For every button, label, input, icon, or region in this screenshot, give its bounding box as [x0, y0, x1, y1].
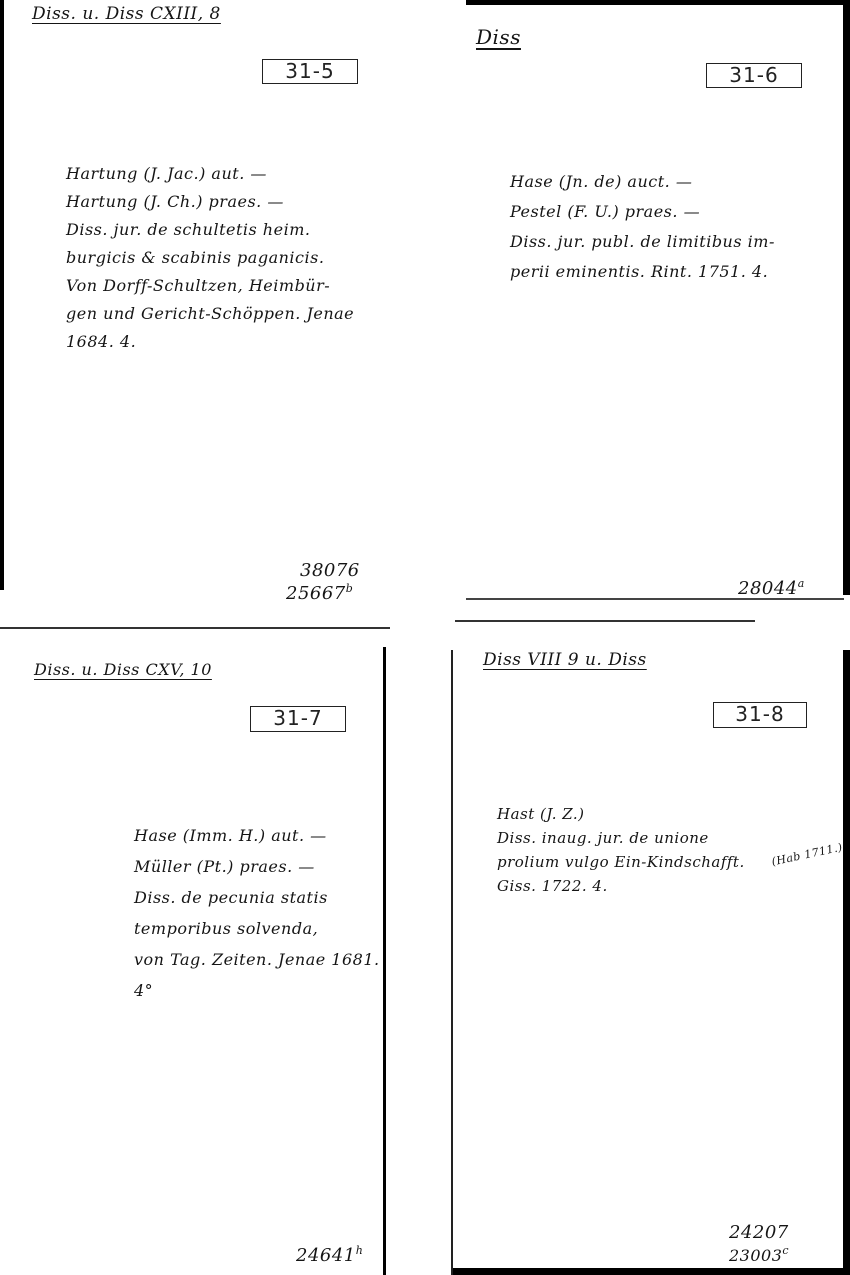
accession-numbers: 24641h — [296, 1242, 363, 1265]
scan-edge-bottom-right — [843, 650, 850, 1275]
catalog-card-31-6: Diss 31-6 Hase (Jn. de) auct. — Pestel (… — [466, 5, 843, 598]
imprint-line: 1684. 4. — [66, 328, 354, 356]
title-line: gen und Gericht-Schöppen. Jenae — [66, 300, 354, 328]
card-divider-bottom-left — [383, 647, 386, 1275]
title-line: Diss. de pecunia statis — [134, 882, 380, 913]
praeses-line: Hartung (J. Ch.) praes. — — [66, 188, 354, 216]
margin-note: (Hab 1711.) — [770, 841, 843, 869]
title-line: von Tag. Zeiten. Jenae 1681. — [134, 944, 380, 975]
accession-number: 24207 — [729, 1224, 789, 1242]
call-number-box: 31-5 — [262, 59, 358, 84]
catalog-card-31-7: Diss. u. Diss CXV, 10 31-7 Hase (Imm. H.… — [0, 630, 383, 1275]
format-line: 4° — [134, 975, 380, 1006]
shelfmark: Diss. u. Diss CXV, 10 — [34, 660, 212, 679]
author-line: Hast (J. Z.) — [497, 802, 745, 826]
accession-numbers: 24207 23003c — [729, 1224, 789, 1265]
author-line: Hase (Jn. de) auct. — — [510, 167, 775, 197]
call-number-box: 31-8 — [713, 702, 807, 728]
accession-numbers: 28044a — [738, 575, 805, 598]
title-line: Diss. jur. publ. de limitibus im- — [510, 227, 775, 257]
author-line: Hase (Imm. H.) aut. — — [134, 820, 380, 851]
accession-suffix: h — [356, 1244, 364, 1257]
shelfmark: Diss. u. Diss CXIII, 8 — [32, 4, 221, 24]
shelfmark: Diss — [476, 25, 521, 49]
praeses-line: Pestel (F. U.) praes. — — [510, 197, 775, 227]
title-line: burgicis & scabinis paganicis. — [66, 244, 354, 272]
accession-numbers: 38076 25667b — [286, 562, 360, 603]
scan-edge-right — [843, 0, 850, 595]
title-line: Von Dorff-Schultzen, Heimbür- — [66, 272, 354, 300]
catalog-entry: Hartung (J. Jac.) aut. — Hartung (J. Ch.… — [66, 160, 354, 356]
catalog-entry: Hase (Jn. de) auct. — Pestel (F. U.) pra… — [510, 167, 775, 287]
catalog-card-31-5: Diss. u. Diss CXIII, 8 31-5 Hartung (J. … — [4, 0, 424, 620]
shelfmark: Diss VIII 9 u. Diss — [483, 650, 647, 670]
catalog-entry: Hast (J. Z.) Diss. inaug. jur. de unione… — [497, 802, 745, 898]
title-line: Diss. jur. de schultetis heim. — [66, 216, 354, 244]
title-line: Diss. inaug. jur. de unione — [497, 826, 745, 850]
accession-number: 38076 — [286, 562, 360, 580]
accession-number: 25667 — [286, 583, 346, 604]
accession-suffix: a — [798, 577, 805, 590]
accession-suffix: b — [346, 582, 354, 595]
accession-number: 23003 — [729, 1246, 782, 1265]
scan-edge-mid-right — [455, 620, 755, 622]
catalog-card-31-8: Diss VIII 9 u. Diss 31-8 Hast (J. Z.) Di… — [453, 640, 843, 1268]
accession-number: 24641 — [296, 1245, 356, 1266]
accession-suffix: c — [782, 1244, 789, 1257]
accession-number: 28044 — [738, 578, 798, 599]
call-number-box: 31-6 — [706, 63, 802, 88]
scan-edge-bottom — [453, 1268, 850, 1275]
praeses-line: Müller (Pt.) praes. — — [134, 851, 380, 882]
catalog-entry: Hase (Imm. H.) aut. — Müller (Pt.) praes… — [134, 820, 380, 1006]
title-line: temporibus solvenda, — [134, 913, 380, 944]
call-number-box: 31-7 — [250, 706, 346, 732]
imprint-line: perii eminentis. Rint. 1751. 4. — [510, 257, 775, 287]
author-line: Hartung (J. Jac.) aut. — — [66, 160, 354, 188]
imprint-line: Giss. 1722. 4. — [497, 874, 745, 898]
title-line: prolium vulgo Ein-Kindschafft. — [497, 850, 745, 874]
scan-edge-mid-left — [0, 627, 390, 629]
